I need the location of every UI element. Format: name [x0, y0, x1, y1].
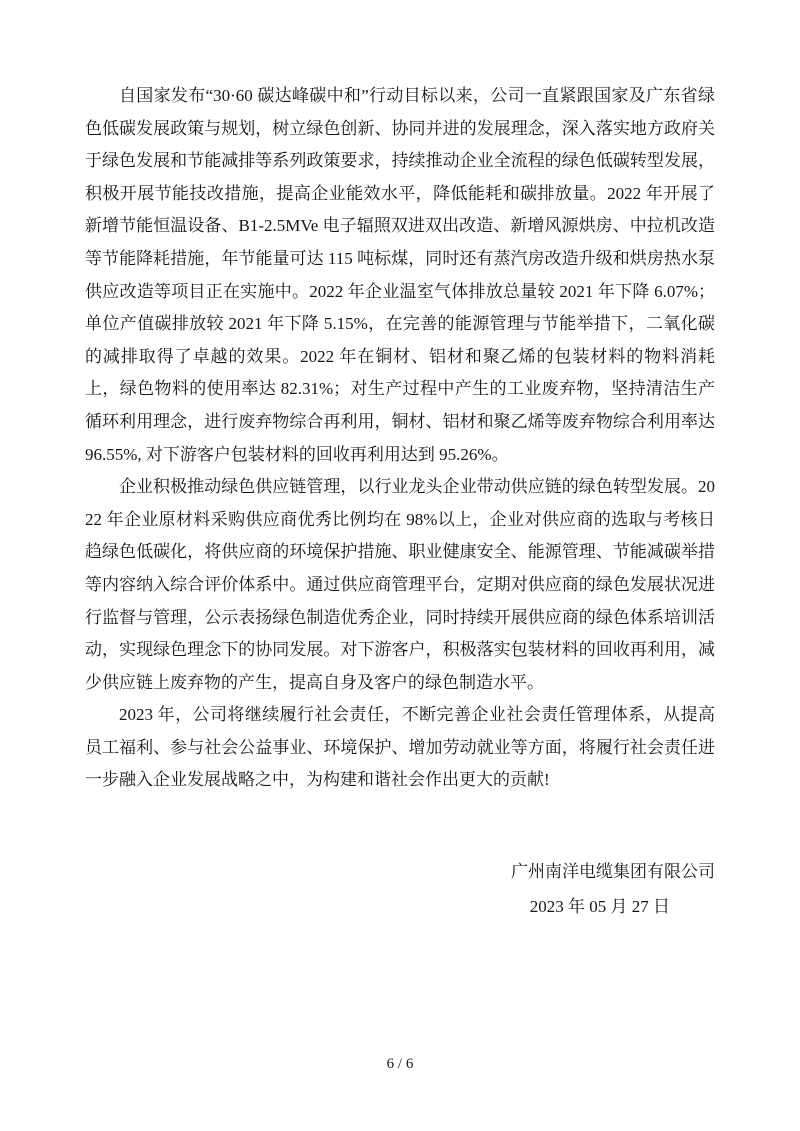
signature-date: 2023 年 05 月 27 日 — [85, 889, 715, 924]
signature-block: 广州南洋电缆集团有限公司 2023 年 05 月 27 日 — [85, 854, 715, 924]
signature-company-name: 广州南洋电缆集团有限公司 — [85, 854, 715, 889]
page-footer: 6 / 6 — [0, 1053, 800, 1075]
document-body: 自国家发布“30·60 碳达峰碳中和”行动目标以来，公司一直紧跟国家及广东省绿色… — [85, 80, 715, 797]
paragraph-green-supply-chain: 企业积极推动绿色供应链管理，以行业龙头企业带动供应链的绿色转型发展。2022 年… — [85, 471, 715, 699]
document-page: 自国家发布“30·60 碳达峰碳中和”行动目标以来，公司一直紧跟国家及广东省绿色… — [0, 0, 800, 1131]
paragraph-carbon-neutrality: 自国家发布“30·60 碳达峰碳中和”行动目标以来，公司一直紧跟国家及广东省绿色… — [85, 80, 715, 471]
page-number: 6 / 6 — [387, 1056, 414, 1072]
paragraph-2023-outlook: 2023 年，公司将继续履行社会责任，不断完善企业社会责任管理体系，从提高员工福… — [85, 699, 715, 797]
